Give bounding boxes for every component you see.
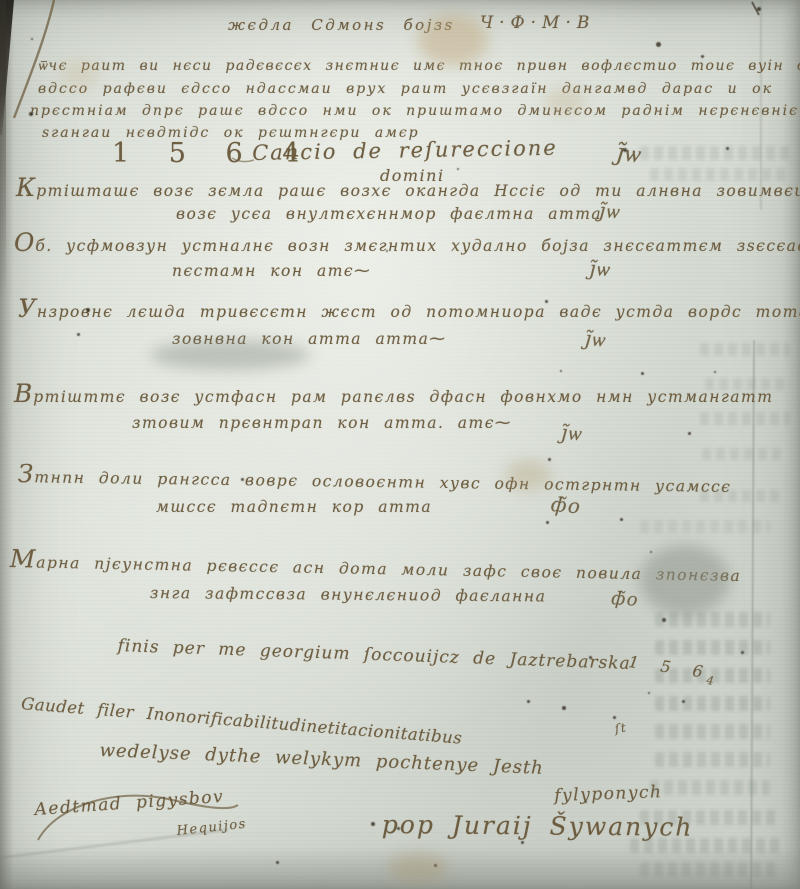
ink-spot [397,827,400,830]
stanza-1-refrain-mark: ј̃ѡ [598,198,622,224]
bleedthrough-text [655,752,770,767]
ink-spot [548,458,551,461]
bleedthrough-text [700,412,790,425]
ink-spot [560,370,562,372]
left-edge-shadow [0,0,6,300]
stanza-3-initial: У [18,294,37,323]
stanza-2-refrain-mark: ј̃ѡ [589,256,612,282]
stanza-1-text: ртішташє возє зємла рашє возхє окангда Н… [36,182,800,200]
ink-spot [545,300,548,303]
paper-stain [545,88,585,114]
bleedthrough-text [640,520,770,533]
stanza-2-text: б. усфмовзун устналнє возн змєгнтих худа… [35,237,800,255]
intro-line-2: вдссо рафєви єдссо ндассмаи врух раит ус… [38,81,773,97]
title-latin: Cancio de reſureccione [252,136,558,165]
motto-end-mark: ſt [614,720,628,736]
stanza-3-line-1: Унзровнє лєшда тривєсєтн жєст од потомни… [18,303,800,321]
stanza-5-text: тнпн доли рангсса воврє ословоєнтн хувс … [34,468,731,496]
bleedthrough-text [655,724,770,739]
ink-spot [386,250,388,252]
ink-spot [77,333,80,336]
stanza-1-line-1: Кртішташє возє зємла рашє возхє окангда … [16,182,800,200]
stanza-2-line-2: пєстамн кон атє⁓ [172,262,371,280]
ink-spot [527,700,530,703]
stanza-2-line-1: Об. усфмовзун устналнє возн змєгнтих худ… [14,237,800,255]
ink-spot [589,656,592,659]
ink-spot [688,432,691,435]
intro-line-3: прєстніам дпрє рашє вдссо нми ок приштам… [30,103,799,119]
signature-right-top: fylyponych [554,782,663,806]
stanza-6-line-2: знга зафтссвза внунєлєниод фаєланна [150,584,547,605]
bleedthrough-text [640,146,790,160]
bleedthrough-text [640,862,780,877]
ink-spot [585,801,587,803]
stanza-3-refrain-mark: ј̃ѡ [584,326,608,353]
ink-spot [623,148,627,152]
latin-motto: Gaudet filer Inonorificabilitudinetitaci… [21,694,463,748]
stanza-4-initial: В [14,379,33,408]
ink-spot [29,112,33,116]
bleedthrough-text [705,378,790,390]
paper-stain [640,545,730,615]
paper-stain [505,460,551,490]
stanza-2-initial: О [14,228,35,257]
manuscript-page: жєдла Сдмонѕ бојзѕ Ч·Ф·М·В ѿчє раит ви н… [0,0,800,889]
bleedthrough-text [700,343,790,356]
signature-left: Aedtmad pigysbov [34,787,225,820]
bleedthrough-text [640,810,780,825]
ink-spot [276,861,279,864]
ink-spot [656,42,661,47]
stanza-1-line-2: возє усєа внултєхєннмор фаєлтна атта [176,205,602,223]
ink-spot [546,521,549,524]
stanza-4-text: ртішттє возє устфасн рам рапєлвѕ дфасн ф… [33,388,773,406]
colophon-line: finis per me georgium ſoccouijcz de Jazt… [117,636,631,674]
stanza-4-line-2: зтовим прєвнтрап кон атта. атє⁓ [132,414,512,432]
stanza-6-line-1: Марна пјєунстна рєвєссє асн дота моли за… [10,553,742,585]
bleedthrough-text [655,612,770,627]
header-numerals: Ч·Ф·М·В [480,13,595,33]
bleedthrough-text [650,168,790,181]
stanza-5-line-2: мшссє тадпєтн кор атта [156,498,432,516]
ink-spot [31,38,33,40]
ink-spot [714,371,716,373]
ink-spot [521,841,524,844]
bleedthrough-text [650,780,770,795]
ink-spot [86,308,90,312]
ink-spot [241,478,244,481]
stanza-3-text: нзровнє лєшда тривєсєтн жєст од потомнио… [37,303,800,321]
bleedthrough-text [655,696,770,711]
paper-stain [150,340,310,370]
ink-spot [701,55,704,58]
stanza-4-refrain-mark: ј̃ѡ [560,420,584,446]
ink-spot [641,372,644,375]
stanza-5-line-1: Зтнпн доли рангсса воврє ословоєнтн хувс… [18,468,732,496]
bleedthrough-text [630,838,780,853]
ink-spot [757,7,761,11]
signature-left-small: Hequijos [176,817,248,839]
stanza-6-text: арна пјєунстна рєвєссє асн дота моли заф… [36,554,741,586]
stanza-4-line-1: Вртішттє возє устфасн рам рапєлвѕ дфасн … [14,388,773,406]
ink-spot [562,706,566,710]
paper-stain [418,14,488,66]
bleedthrough-text [655,668,770,683]
bleedthrough-text [702,448,782,460]
stanza-6-initial: М [10,544,37,574]
dedication-line: wedelyse dythe welykym pochtenye Jesth [99,740,544,779]
stanza-1-initial: К [16,173,36,202]
ink-spot [457,168,459,170]
paper-stain [388,853,448,883]
stanza-5-initial: З [18,459,35,488]
ink-spot [620,518,623,521]
stanza-6-refrain-mark: ф̃о [611,588,640,611]
bleedthrough-text [700,490,780,502]
ink-spot [650,551,652,553]
ink-spot [648,692,650,694]
ink-spot [613,716,616,719]
ink-spot [371,822,375,826]
bleedthrough-text [655,640,770,655]
intro-line-1: ѿчє раит ви нєси радєвєсєх знєтниє имє т… [38,58,800,75]
stanza-5-refrain-mark: ф̃о [550,492,583,519]
paper-stain [60,60,100,90]
